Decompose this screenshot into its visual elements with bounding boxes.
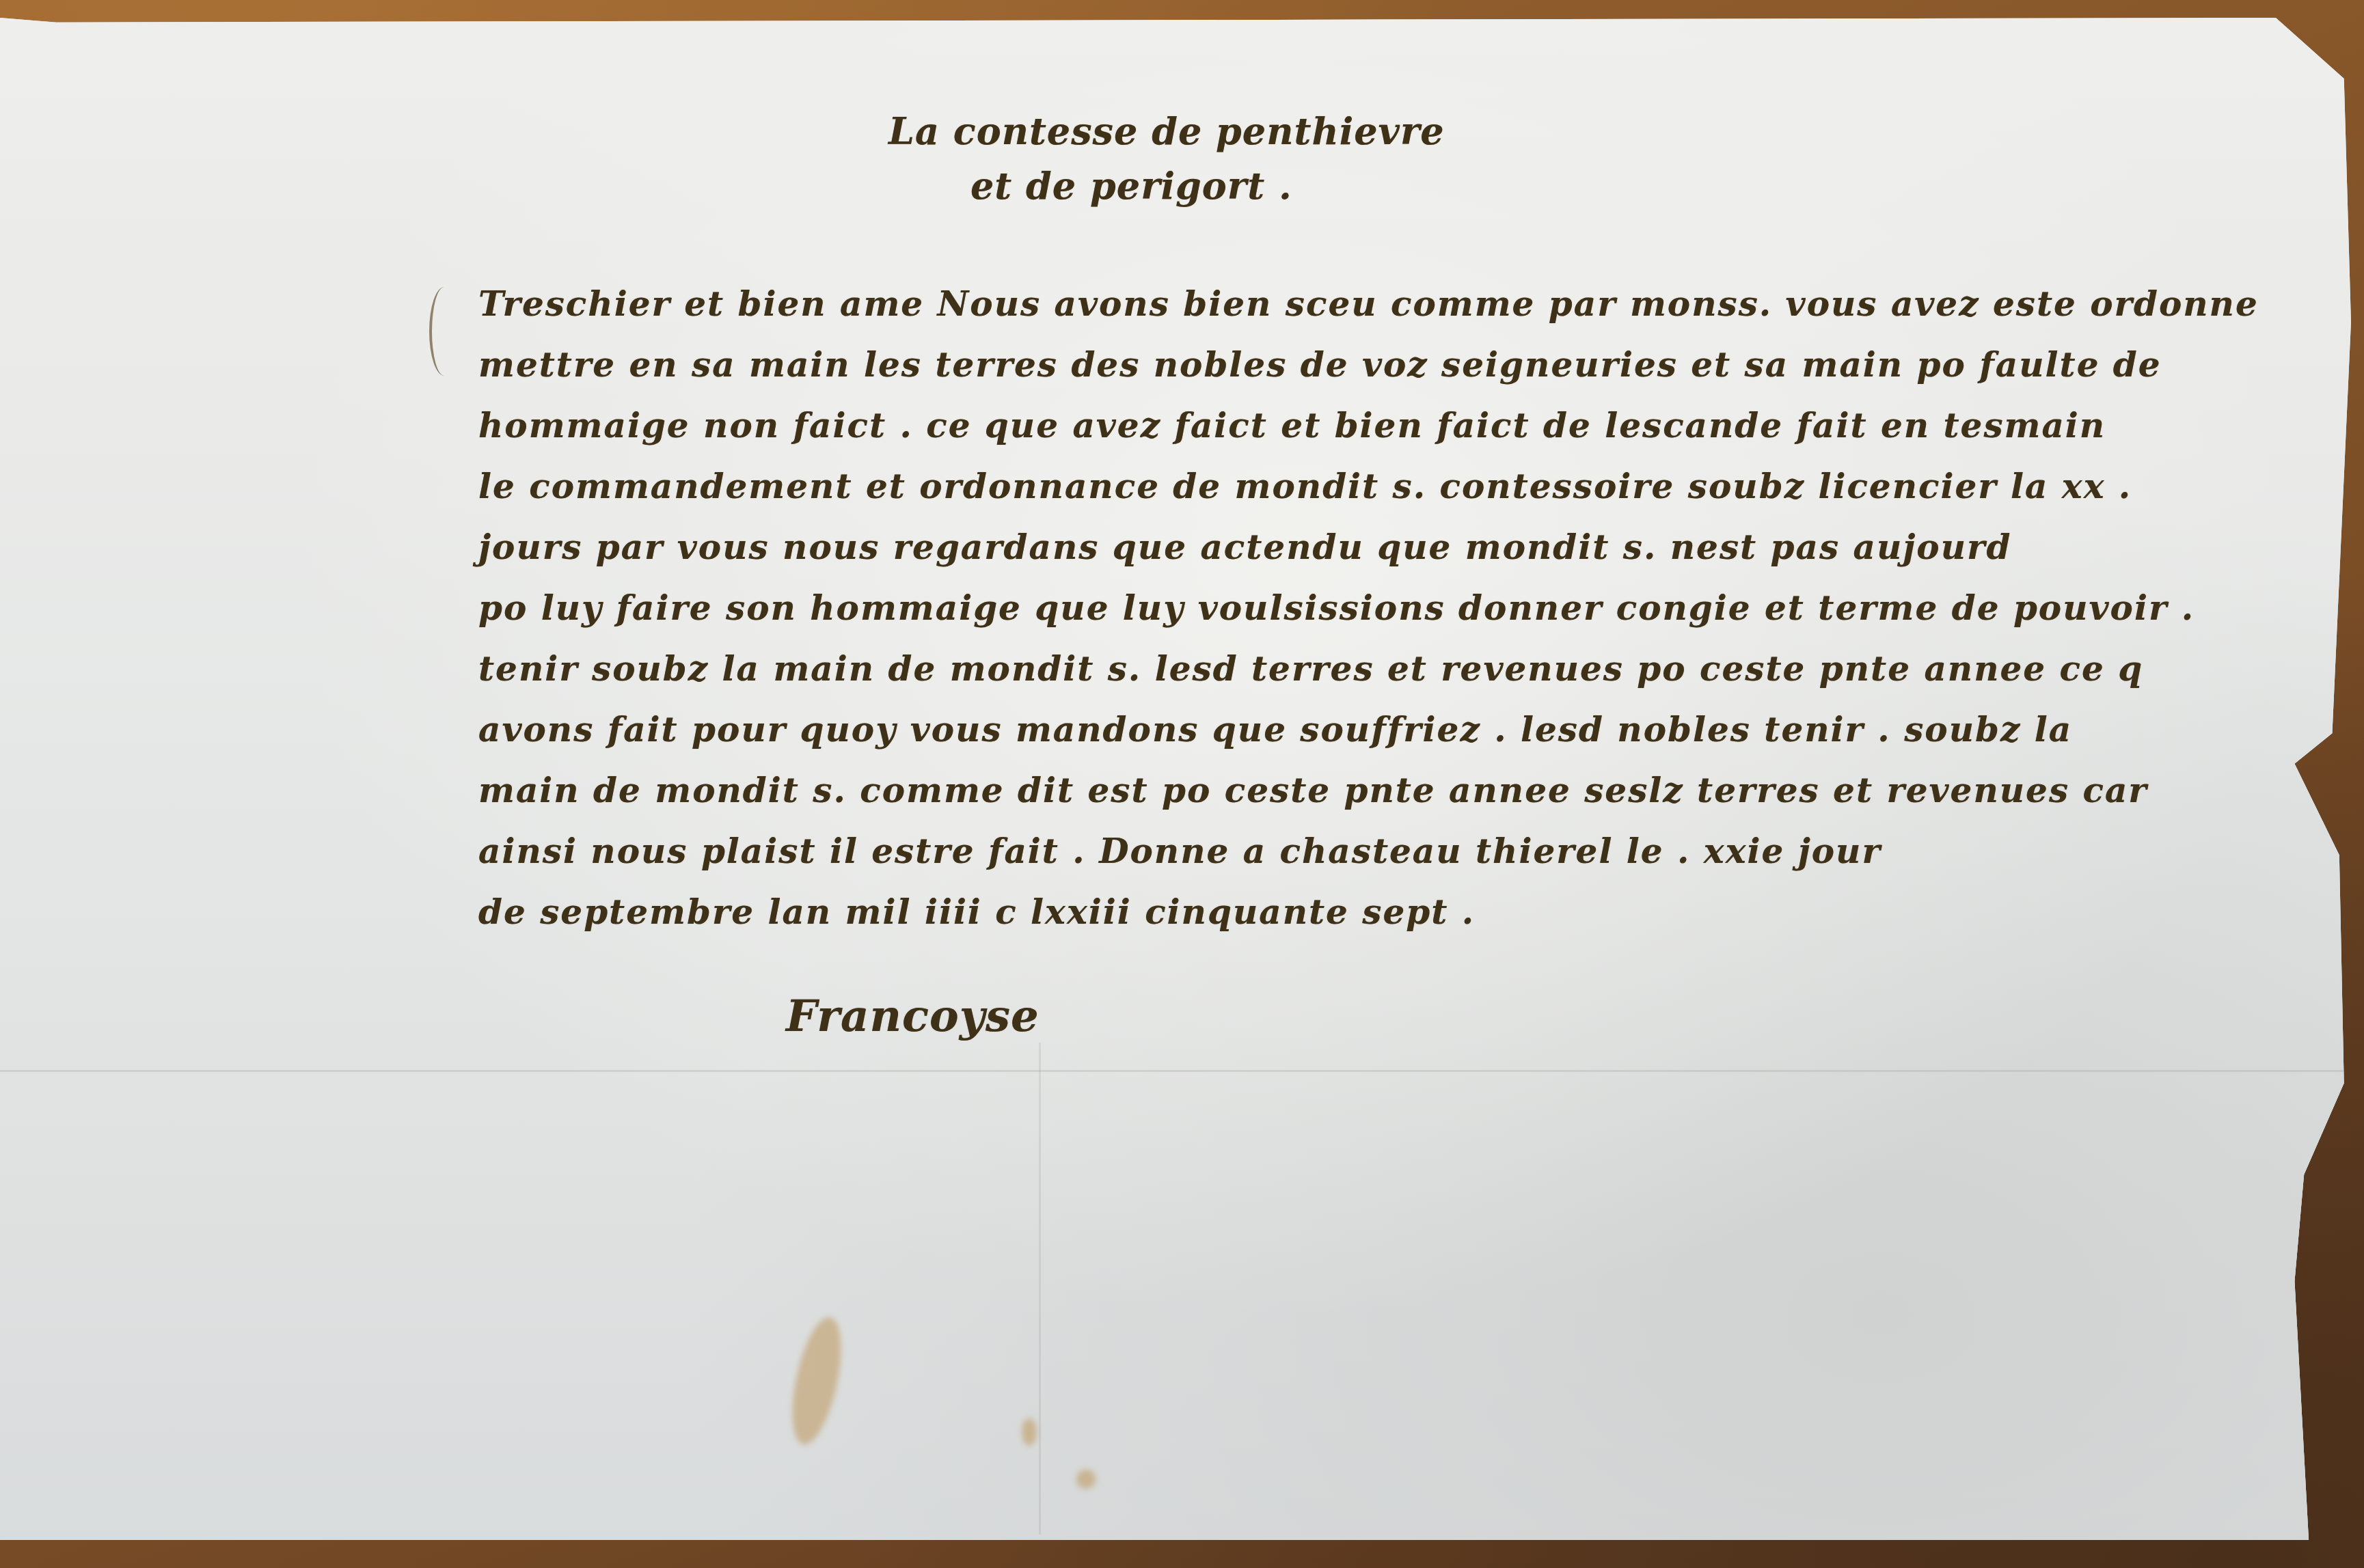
vertical-fold-crease — [1039, 1043, 1041, 1535]
stain-mark — [783, 1313, 850, 1448]
body-line-11: de septembre lan mil iiii c lxxiii cinqu… — [478, 881, 2290, 942]
header-line-1: La contesse de penthievre — [888, 109, 1445, 153]
body-line-1: Treschier et bien ame Nous avons bien sc… — [478, 273, 2290, 334]
opening-bracket-mark — [429, 287, 459, 376]
body-line-3: hommaige non faict . ce que avez faict e… — [478, 395, 2290, 456]
body-line-2: mettre en sa main les terres des nobles … — [478, 334, 2290, 395]
body-line-5: jours par vous nous regardans que actend… — [478, 517, 2290, 577]
body-line-8: avons fait pour quoy vous mandons que so… — [478, 699, 2290, 760]
body-line-9: main de mondit s. comme dit est po ceste… — [478, 760, 2290, 821]
body-line-4: le commandement et ordonnance de mondit … — [478, 456, 2290, 517]
stain-mark — [1076, 1470, 1096, 1489]
header-line-2: et de perigort . — [970, 164, 1292, 208]
body-line-6: po luy faire son hommaige que luy voulsi… — [478, 577, 2290, 638]
stain-mark — [1022, 1418, 1037, 1446]
horizontal-fold-crease — [0, 1070, 2351, 1072]
letter-body: Treschier et bien ame Nous avons bien sc… — [478, 273, 2290, 942]
body-line-7: tenir soubz la main de mondit s. lesd te… — [478, 638, 2290, 699]
body-line-10: ainsi nous plaist il estre fait . Donne … — [478, 821, 2290, 881]
signature: Francoyse — [786, 991, 1040, 1042]
